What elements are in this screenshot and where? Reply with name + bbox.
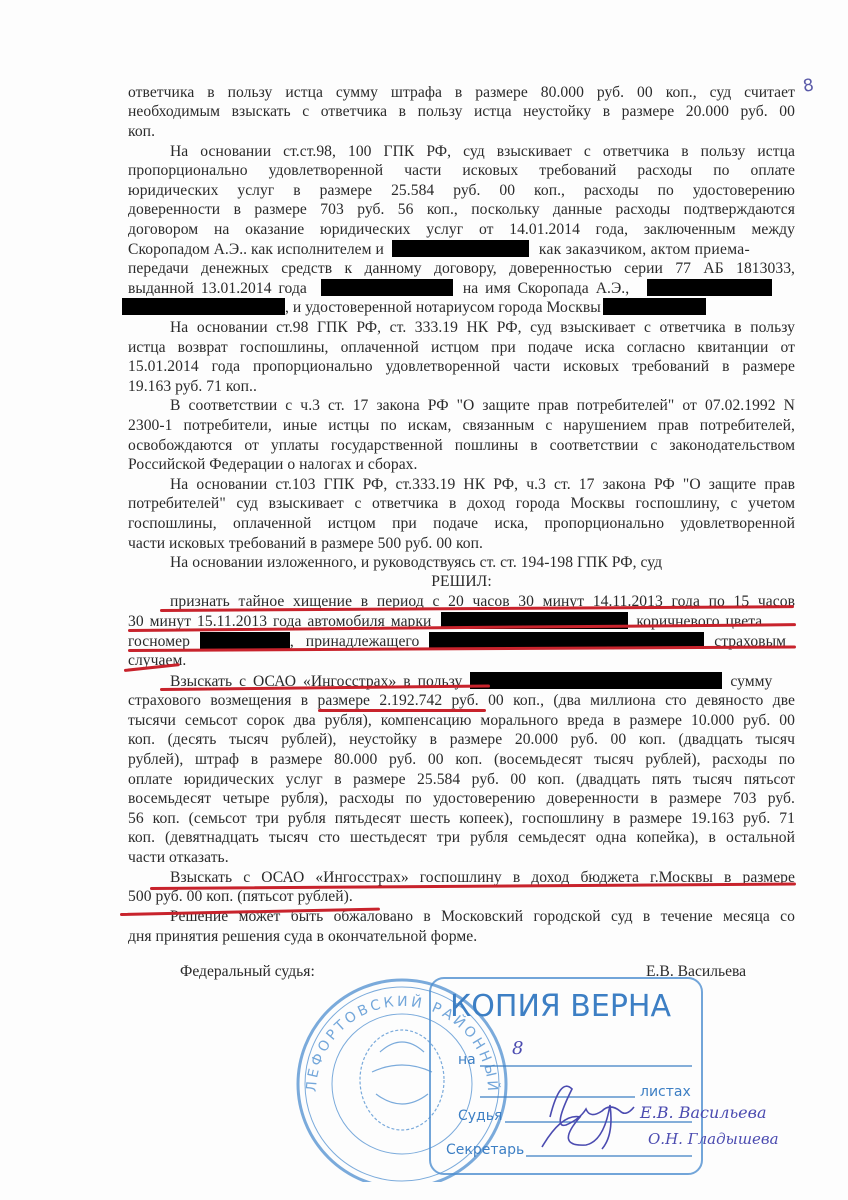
text-line: тысячи семьсот сорок два рубля), компенс… <box>128 711 795 731</box>
redaction-box <box>603 298 706 315</box>
text-line: ответчика в пользу истца сумму штрафа в … <box>128 83 795 103</box>
text-line: 15.01.2014 года пропорционально удовлетв… <box>128 357 795 377</box>
svg-text:Судья: Судья <box>458 1108 502 1124</box>
paragraph-start: На основании изложенного, и руководствуя… <box>170 553 795 573</box>
redaction-box <box>470 672 722 689</box>
text-line: коп. <box>128 122 795 142</box>
decision-line: случаем. <box>128 651 795 671</box>
text-line-redacted: , и удостоверенной нотариусом города Мос… <box>122 298 789 318</box>
svg-text:КОПИЯ ВЕРНА: КОПИЯ ВЕРНА <box>450 989 671 1024</box>
text-line: необходимым взыскать с ответчика в польз… <box>128 102 795 122</box>
text-line: оплате юридических услуг в размере 25.58… <box>128 770 795 790</box>
text-line-redacted: выданной 13.01.2014 года на имя Скоропад… <box>128 279 795 299</box>
handwritten-page-number: 8 <box>802 75 816 96</box>
paragraph-start: На основании ст.98 ГПК РФ, ст. 333.19 НК… <box>170 318 795 338</box>
text-line: пропорционально удовлетворенной части ис… <box>128 161 795 181</box>
svg-text:8: 8 <box>512 1038 523 1059</box>
redaction-box <box>392 240 529 257</box>
text-line: 2300-1 потребители, иные истцы по искам,… <box>128 416 795 436</box>
text-line: передачи денежных средств к данному дого… <box>128 259 795 279</box>
text-line: восемьдесят четыре рубля), расходы по уд… <box>128 789 795 809</box>
stamp-graphic: ЛЕФОРТОВСКИЙ РАЙОННЫЙ СУД ГОРОДА МОСКВЫ … <box>280 972 800 1182</box>
red-underline <box>318 709 486 712</box>
text-fragment: , и удостоверенной нотариусом города Мос… <box>285 299 601 316</box>
text-fragment: сумму <box>730 673 772 690</box>
text-line: потребителей" суд взыскивает с ответчика… <box>128 494 795 514</box>
text-fragment: коричневого цвета <box>636 613 762 630</box>
text-line: рублей), штраф в размере 80.000 руб. 00 … <box>128 750 795 770</box>
text-line: 56 коп. (семьсот три рубля пятьдесят шес… <box>128 809 795 829</box>
text-line: юридических услуг в размере 25.584 руб. … <box>128 181 795 201</box>
text-line: коп. (десять тысяч рублей), неустойку в … <box>128 730 795 750</box>
svg-text:Секретарь: Секретарь <box>446 1142 524 1158</box>
text-fragment: Скоропадом А.Э.. как исполнителем и <box>128 241 384 258</box>
text-line: доверенности в размере 703 руб. 56 коп.,… <box>128 200 795 220</box>
svg-text:Е.В. Васильева: Е.В. Васильева <box>639 1103 766 1122</box>
text-fragment: на имя Скоропада А.Э., <box>463 280 629 297</box>
text-fragment: выданной 13.01.2014 года <box>128 280 307 297</box>
text-line: дня принятия решения суда в окончательно… <box>128 927 795 947</box>
text-line: договором на оказание юридических услуг … <box>128 220 795 240</box>
svg-text:листах: листах <box>640 1084 691 1100</box>
decision-heading: РЕШИЛ: <box>128 572 795 592</box>
text-line: страхового возмещения в размере 2.192.74… <box>128 691 795 711</box>
text-line: освобождаются от уплаты государственной … <box>128 436 795 456</box>
text-line-redacted: Скоропадом А.Э.. как исполнителем и как … <box>128 240 795 260</box>
text-line: 19.163 руб. 71 коп.. <box>128 377 795 397</box>
text-line: части исковых требований в размере 500 р… <box>128 534 795 554</box>
redaction-box <box>647 279 772 296</box>
text-line: госпошлины, оплаченной истцом при подаче… <box>128 514 795 534</box>
certified-copy-stamp: ЛЕФОРТОВСКИЙ РАЙОННЫЙ СУД ГОРОДА МОСКВЫ … <box>280 972 800 1182</box>
redaction-box <box>200 632 290 649</box>
document-page: 8 ответчика в пользу истца сумму штрафа … <box>0 0 848 1200</box>
text-fragment: госномер <box>128 633 190 650</box>
redaction-box <box>321 279 453 296</box>
paragraph-start: На основании ст.ст.98, 100 ГПК РФ, суд в… <box>170 142 795 162</box>
svg-text:О.Н. Гладышева: О.Н. Гладышева <box>648 1130 779 1148</box>
svg-text:на: на <box>458 1052 476 1068</box>
decision-line: 500 руб. 00 коп. (пятьсот рублей). <box>128 887 795 907</box>
text-fragment: как заказчиком, актом приема- <box>539 241 750 258</box>
text-line: Российской Федерации о налогах и сборах. <box>128 455 795 475</box>
paragraph-start: В соответствии с ч.3 ст. 17 закона РФ "О… <box>170 396 795 416</box>
text-line: части отказать. <box>128 848 795 868</box>
redaction-box <box>122 298 285 315</box>
text-line: коп. (девятнадцать тысяч сто шестьдесят … <box>128 828 795 848</box>
paragraph-start: На основании ст.103 ГПК РФ, ст.333.19 НК… <box>170 475 795 495</box>
text-line: истца возврат госпошлины, оплаченной ист… <box>128 338 795 358</box>
